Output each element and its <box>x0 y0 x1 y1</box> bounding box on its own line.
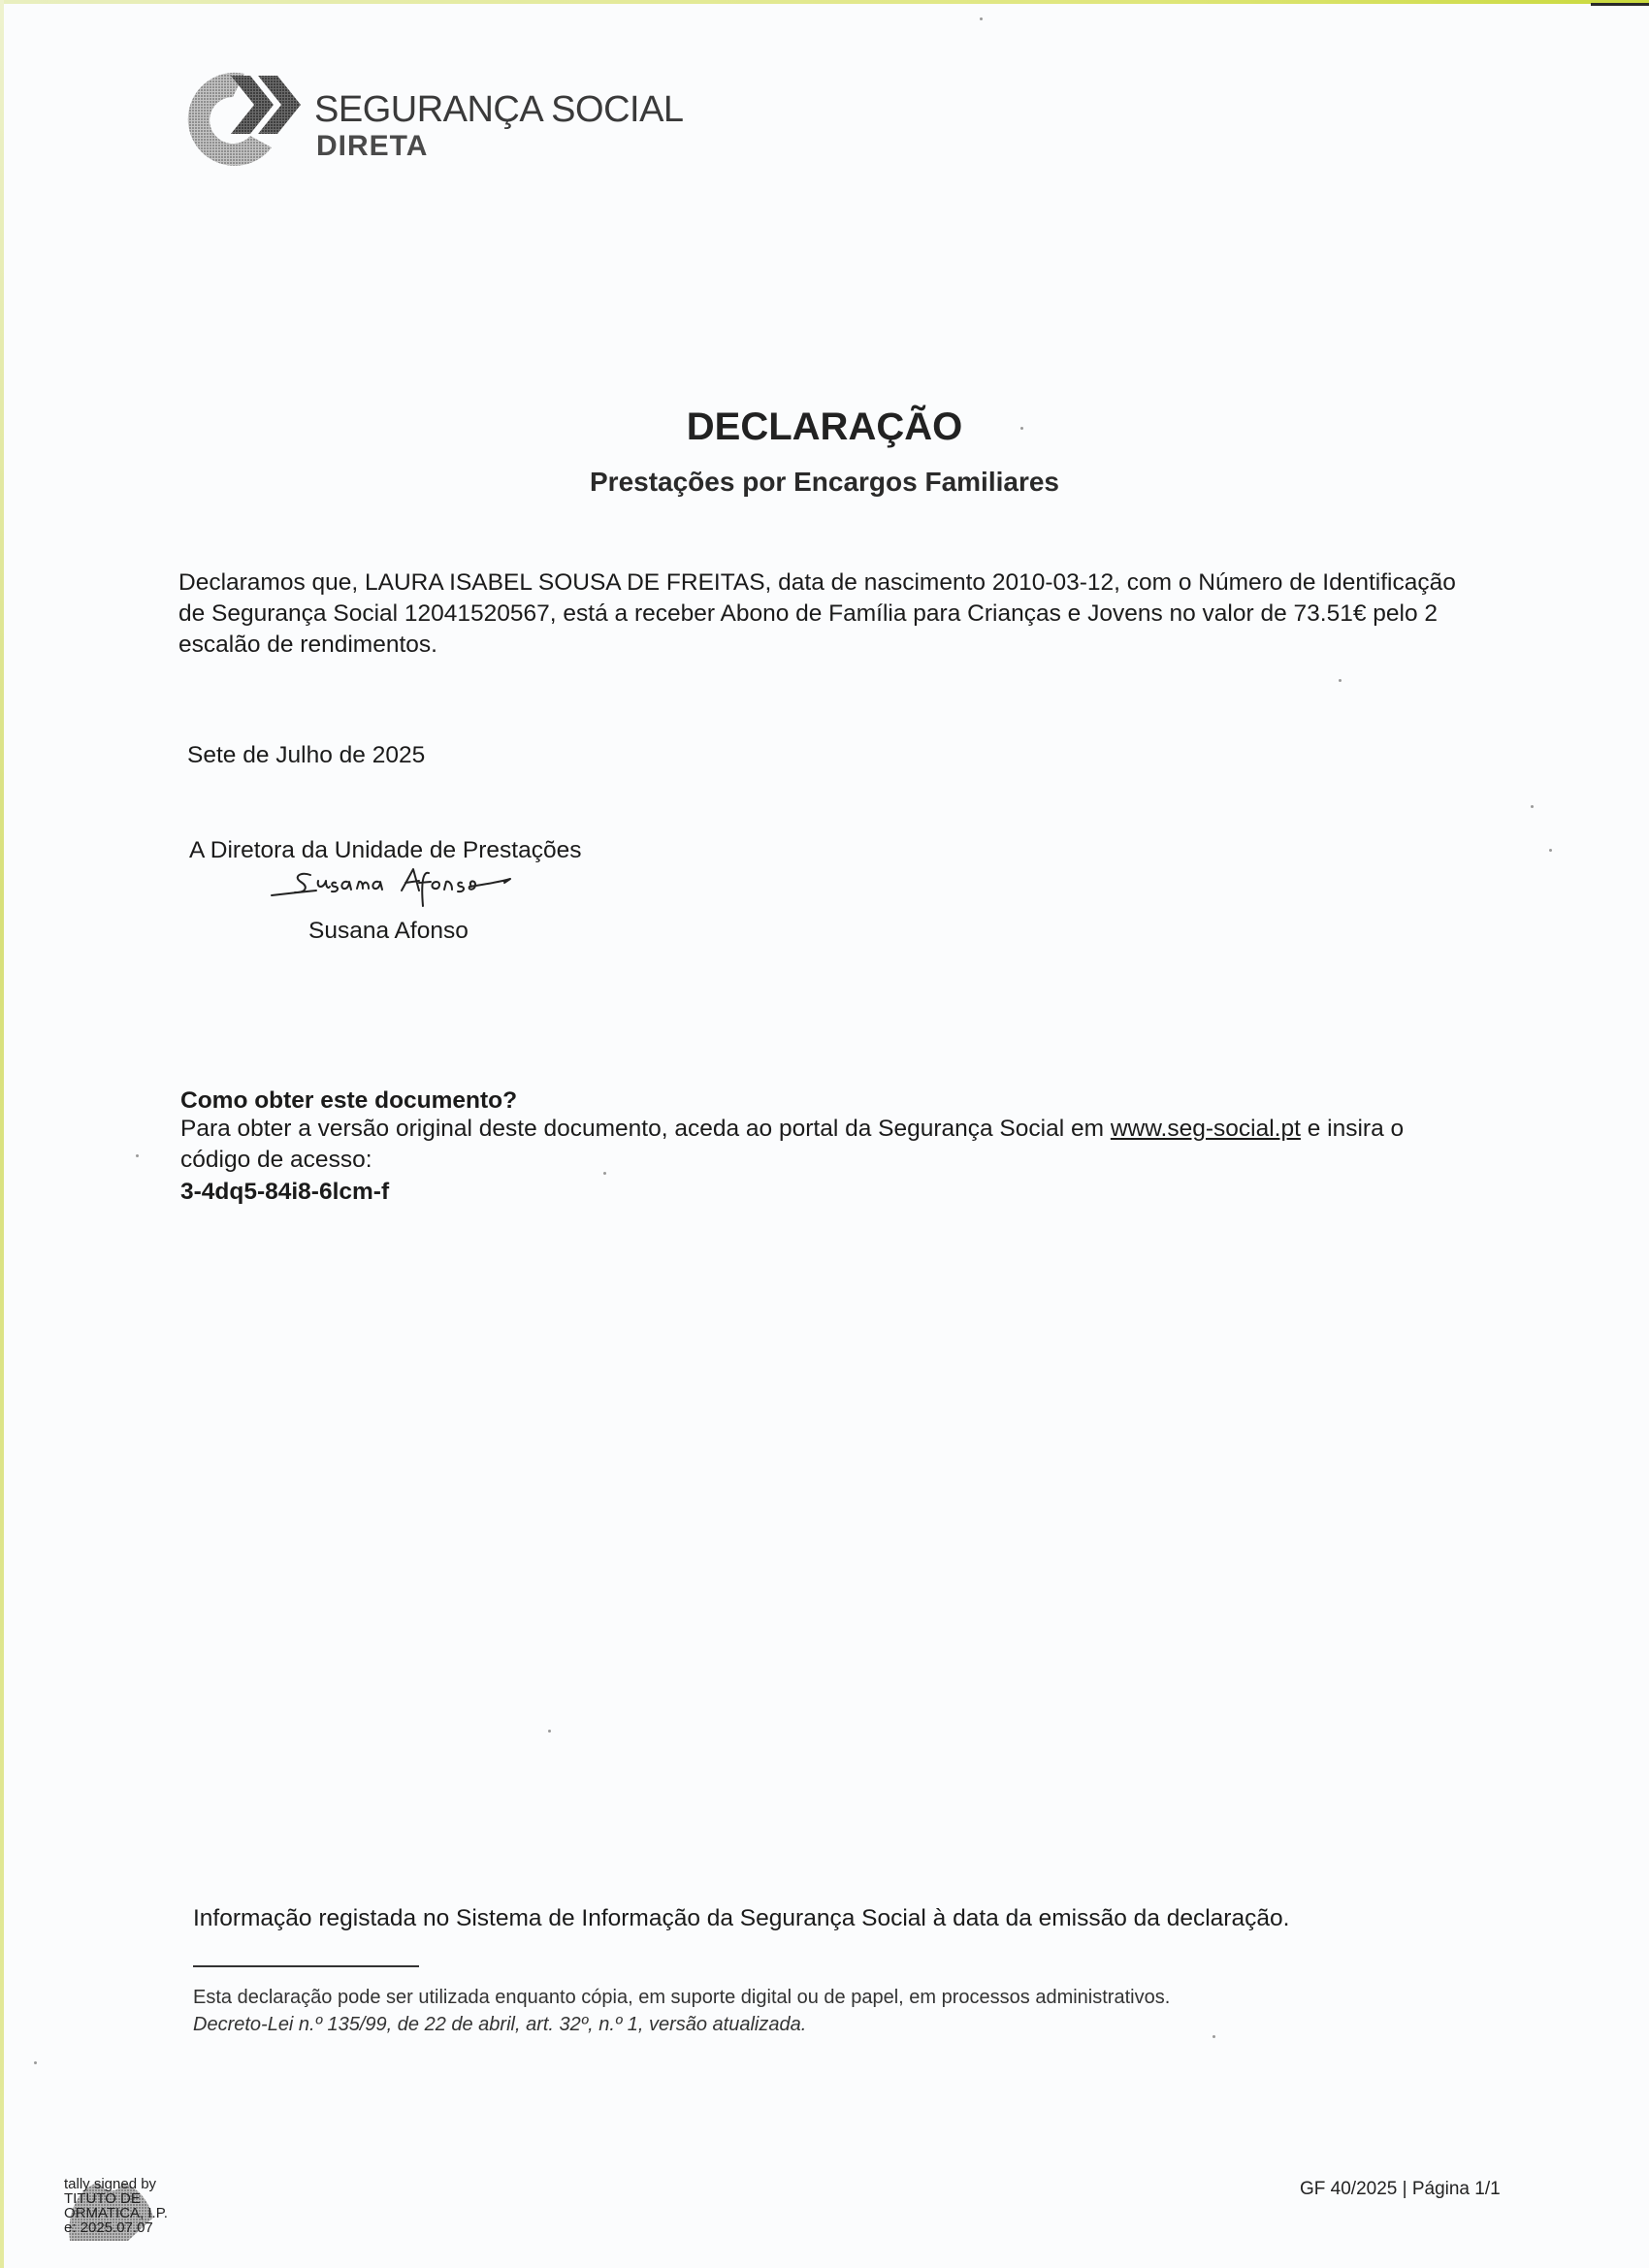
footnote: Esta declaração pode ser utilizada enqua… <box>193 1984 1170 2038</box>
registry-info: Informação registada no Sistema de Infor… <box>193 1905 1289 1932</box>
scan-speck <box>603 1172 606 1175</box>
footnote-divider <box>193 1965 419 1967</box>
scan-speck <box>34 2061 37 2064</box>
signatory-role: A Diretora da Unidade de Prestações <box>189 837 582 864</box>
scan-edge-left <box>0 0 4 2268</box>
scan-edge-corner <box>1591 3 1649 6</box>
handwritten-signature <box>268 863 520 912</box>
footnote-usage: Esta declaração pode ser utilizada enqua… <box>193 1984 1170 2011</box>
scan-edge-top <box>0 0 1649 4</box>
scan-speck <box>1531 805 1534 808</box>
access-heading: Como obter este documento? <box>180 1087 517 1115</box>
chevron-circle-logo-icon <box>175 66 301 173</box>
digital-signature-stamp: tally signed by TITUTO DE ORMATICA, I.P.… <box>60 2163 196 2260</box>
declaration-body: Declaramos que, LAURA ISABEL SOUSA DE FR… <box>178 567 1478 661</box>
page-subtitle: Prestações por Encargos Familiares <box>0 467 1649 498</box>
access-code: 3-4dq5-84i8-6lcm-f <box>180 1179 389 1206</box>
page-reference: GF 40/2025 | Página 1/1 <box>1300 2179 1501 2200</box>
scan-speck <box>1339 679 1342 682</box>
logo-subtitle: DIRETA <box>316 130 428 163</box>
declaration-date: Sete de Julho de 2025 <box>187 742 425 769</box>
scan-speck <box>136 1154 139 1157</box>
scan-speck <box>1212 2035 1215 2038</box>
logo-title: SEGURANÇA SOCIAL <box>314 89 684 131</box>
signatory-name: Susana Afonso <box>308 918 469 945</box>
page-title: DECLARAÇÃO <box>0 405 1649 449</box>
scan-speck <box>1020 427 1023 430</box>
logo: SEGURANÇA SOCIAL DIRETA <box>175 66 679 173</box>
signature-icon <box>268 863 520 912</box>
seg-social-link[interactable]: www.seg-social.pt <box>1111 1116 1301 1142</box>
digital-signature-text: tally signed by TITUTO DE ORMATICA, I.P.… <box>64 2177 168 2235</box>
scan-speck <box>1549 849 1552 852</box>
access-instructions: Para obter a versão original deste docum… <box>180 1114 1480 1176</box>
footnote-legal-reference: Decreto-Lei n.º 135/99, de 22 de abril, … <box>193 2011 1170 2038</box>
scan-speck <box>980 17 983 20</box>
scan-speck <box>548 1730 551 1733</box>
access-text-before: Para obter a versão original deste docum… <box>180 1116 1111 1142</box>
